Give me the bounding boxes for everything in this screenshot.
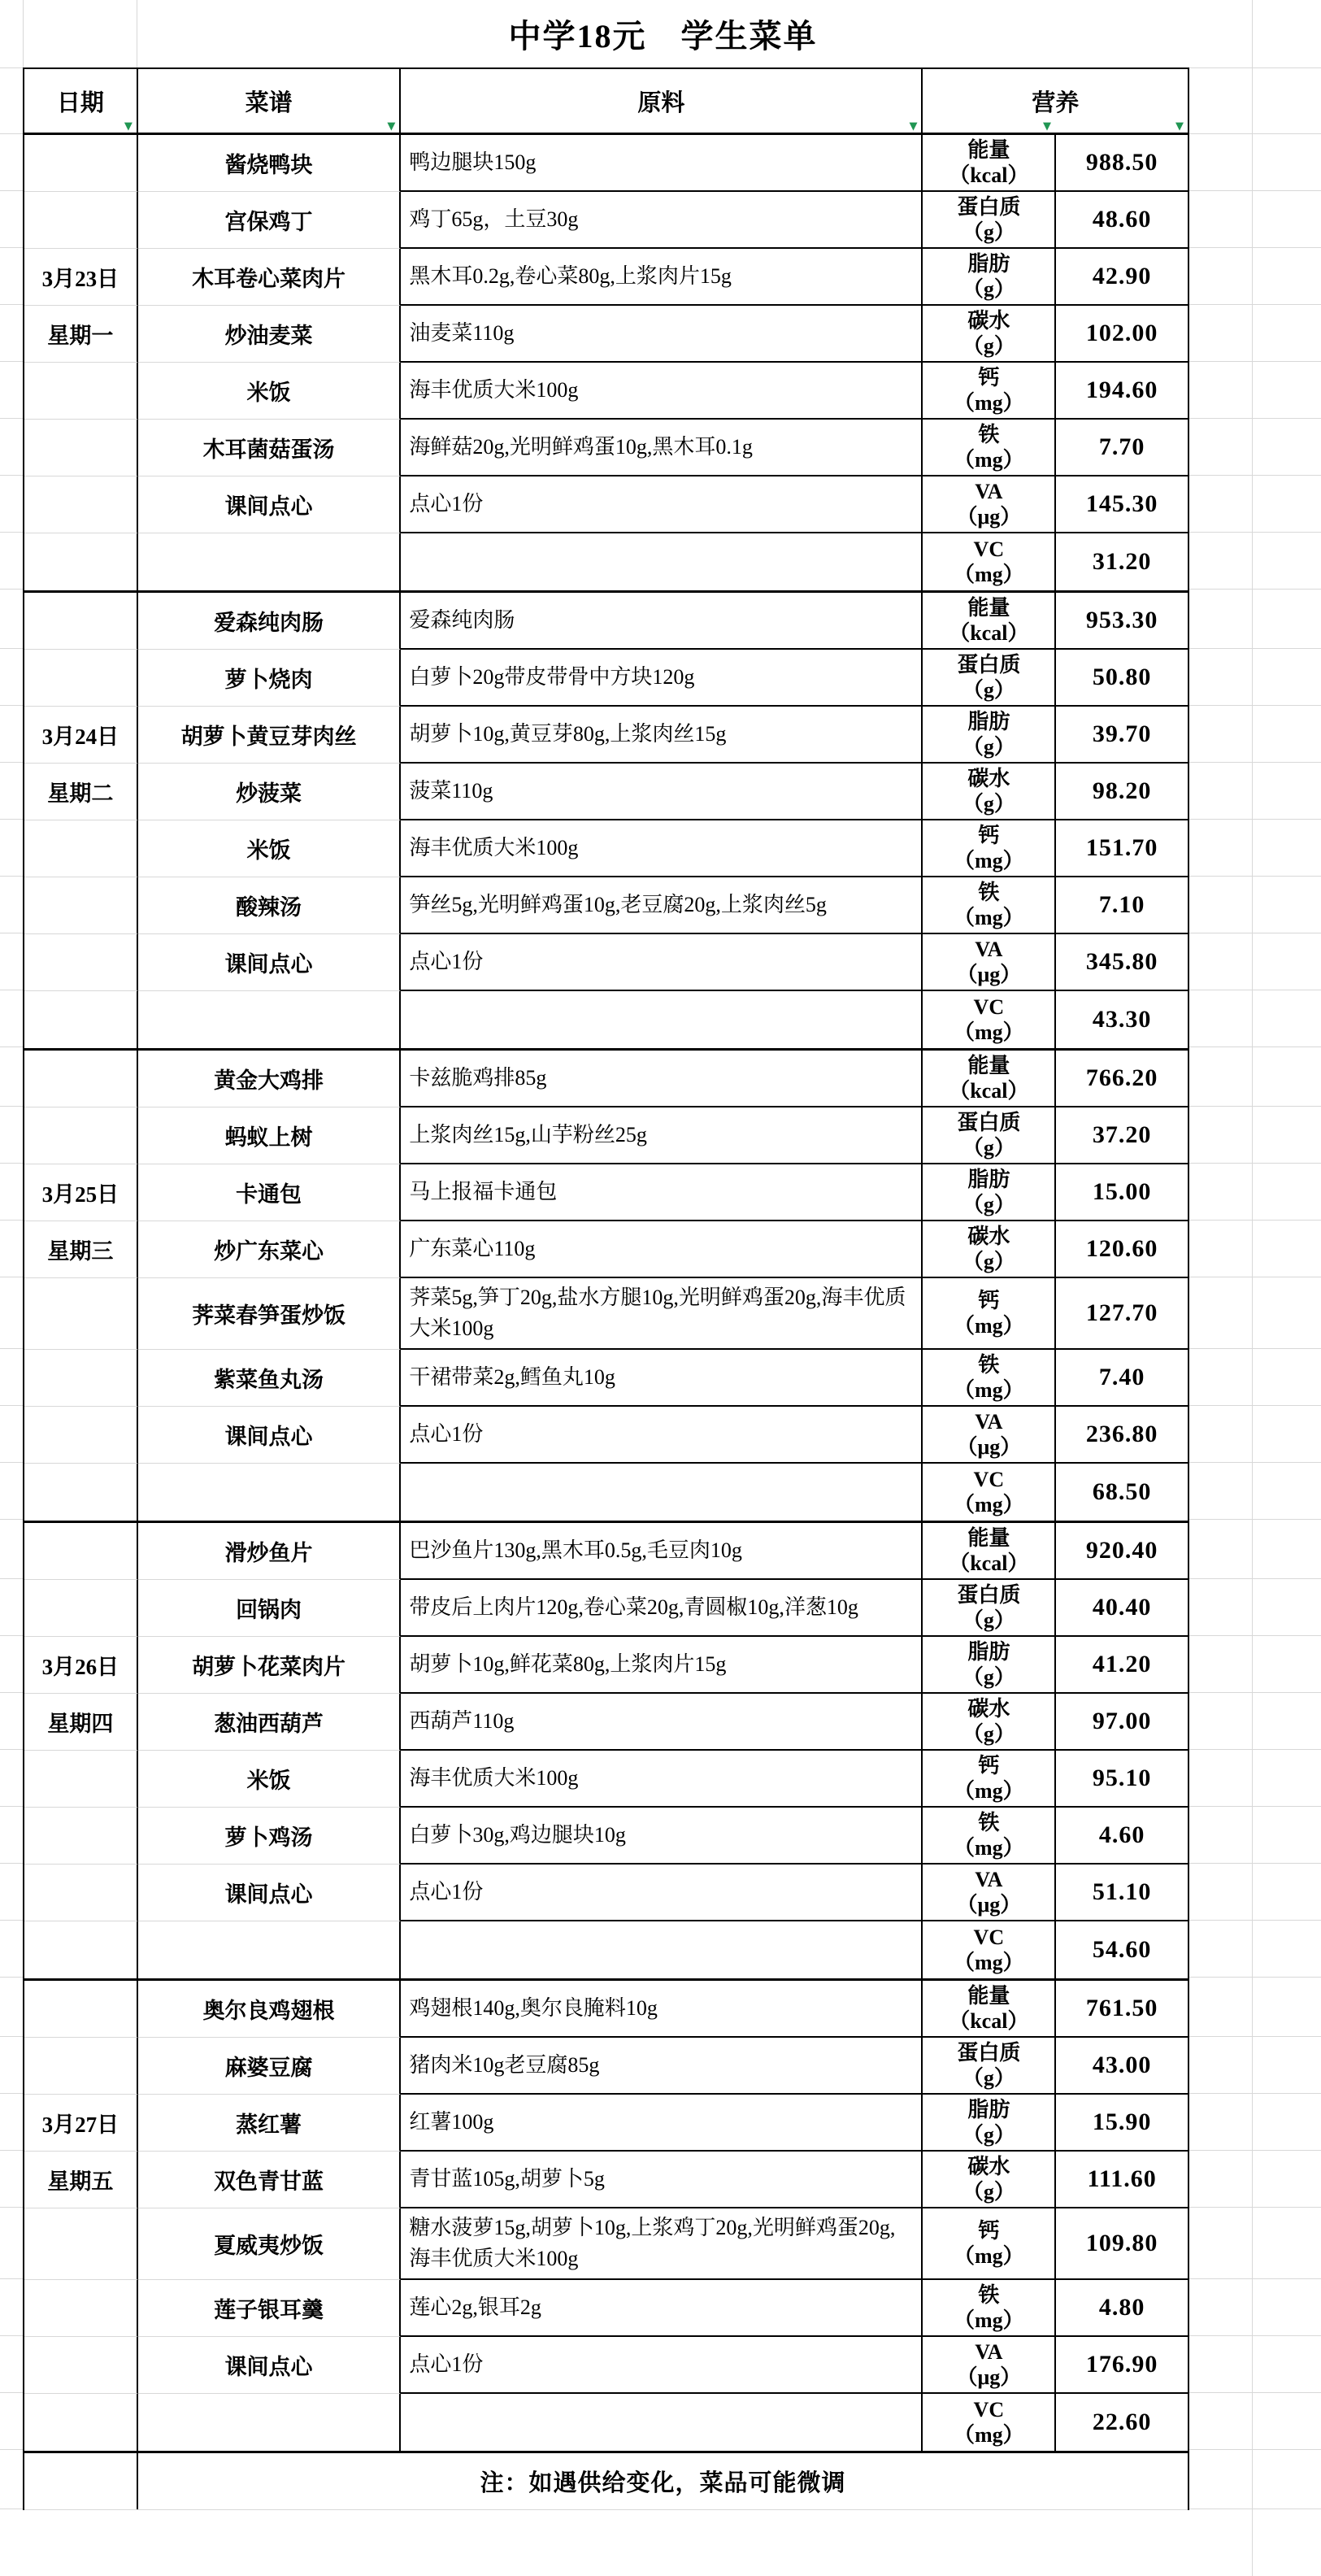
dish-name-cell[interactable]: 奥尔良鸡翅根: [138, 1981, 402, 2038]
date-cell[interactable]: 3月24日: [24, 707, 138, 764]
nutrient-value-cell[interactable]: 95.10: [1056, 1751, 1188, 1808]
header-cell-date[interactable]: 日期 ▼: [24, 69, 138, 133]
sheet-gridline: [1189, 1519, 1321, 1520]
nutrient-value-cell[interactable]: 953.30: [1056, 593, 1188, 650]
date-cell[interactable]: [24, 1350, 138, 1407]
table-row: VC （mg）54.60: [24, 1921, 1188, 1978]
ingredients-cell[interactable]: 巴沙鱼片130g,黑木耳0.5g,毛豆肉10g: [401, 1523, 923, 1580]
date-cell[interactable]: 星期三: [24, 1221, 138, 1278]
nutrient-label-cell[interactable]: 钙 （mg）: [923, 820, 1056, 877]
nutrient-label-cell[interactable]: 碳水 （g）: [923, 1694, 1056, 1751]
dish-name-cell[interactable]: 课间点心: [138, 2337, 402, 2394]
ingredients-cell[interactable]: 青甘蓝105g,胡萝卜5g: [401, 2152, 923, 2208]
table-row: 酱烧鸭块鸭边腿块150g能量 （kcal）988.50: [24, 135, 1188, 192]
nutrient-value-cell[interactable]: 7.40: [1056, 1350, 1188, 1407]
dish-name-cell[interactable]: 课间点心: [138, 476, 402, 533]
sheet-gridline: [0, 876, 23, 877]
date-cell[interactable]: [24, 650, 138, 707]
nutrient-label-cell[interactable]: VC （mg）: [923, 2394, 1056, 2451]
nutrient-label-cell[interactable]: 能量 （kcal）: [923, 1981, 1056, 2038]
table-row: 3月26日胡萝卜花菜肉片胡萝卜10g,鲜花菜80g,上浆肉片15g脂肪 （g）4…: [24, 1637, 1188, 1694]
sheet-gridline: [1189, 2449, 1321, 2450]
nutrient-value-cell[interactable]: 68.50: [1056, 1464, 1188, 1521]
nutrient-label-cell[interactable]: 蛋白质 （g）: [923, 1107, 1056, 1164]
date-cell[interactable]: [24, 420, 138, 476]
nutrient-label-cell[interactable]: VA （μg）: [923, 1407, 1056, 1464]
sheet-gridline: [1189, 1348, 1321, 1349]
dish-name-cell[interactable]: 紫菜鱼丸汤: [138, 1350, 402, 1407]
ingredients-cell[interactable]: 点心1份: [401, 1407, 923, 1464]
nutrient-value-cell[interactable]: 345.80: [1056, 934, 1188, 991]
date-cell[interactable]: [24, 1407, 138, 1464]
ingredients-cell[interactable]: 海鲜菇20g,光明鲜鸡蛋10g,黑木耳0.1g: [401, 420, 923, 476]
table-header: 日期 ▼ 菜谱 ▼ 原料 ▼ 营养 ▼ ▼: [24, 69, 1188, 135]
ingredients-cell[interactable]: 点心1份: [401, 2337, 923, 2394]
dish-name-cell[interactable]: 炒广东菜心: [138, 1221, 402, 1278]
sheet-gridline: [1189, 1635, 1321, 1636]
date-cell[interactable]: 3月26日: [24, 1637, 138, 1694]
dish-name-cell[interactable]: 米饭: [138, 363, 402, 420]
sheet-gridline: [0, 819, 23, 820]
sheet-gridline: [1189, 2335, 1321, 2336]
sheet-gridline: [1189, 705, 1321, 706]
ingredients-cell[interactable]: 干裙带菜2g,鳕鱼丸10g: [401, 1350, 923, 1407]
nutrient-label-cell[interactable]: 脂肪 （g）: [923, 249, 1056, 306]
table-row: 3月24日胡萝卜黄豆芽肉丝胡萝卜10g,黄豆芽80g,上浆肉丝15g脂肪 （g）…: [24, 707, 1188, 764]
nutrient-label-cell[interactable]: 脂肪 （g）: [923, 1164, 1056, 1221]
nutrient-label-cell[interactable]: 蛋白质 （g）: [923, 2038, 1056, 2095]
date-cell[interactable]: [24, 2394, 138, 2451]
nutrient-label-cell[interactable]: 钙 （mg）: [923, 1751, 1056, 1808]
date-cell[interactable]: [24, 363, 138, 420]
header-cell-menu[interactable]: 菜谱 ▼: [138, 69, 402, 133]
nutrient-value-cell[interactable]: 98.20: [1056, 764, 1188, 820]
sheet-gridline: [1189, 247, 1321, 248]
dish-name-cell[interactable]: 葱油西葫芦: [138, 1694, 402, 1751]
table-row: 紫菜鱼丸汤干裙带菜2g,鳕鱼丸10g铁 （mg）7.40: [24, 1350, 1188, 1407]
ingredients-cell[interactable]: 点心1份: [401, 934, 923, 991]
sheet-gridline: [0, 2207, 23, 2208]
sheet-gridline: [0, 1519, 23, 1520]
ingredients-cell[interactable]: 糖水菠萝15g,胡萝卜10g,上浆鸡丁20g,光明鲜鸡蛋20g,海丰优质大米10…: [401, 2208, 923, 2280]
nutrient-label-cell[interactable]: VA （μg）: [923, 1865, 1056, 1921]
filter-icon[interactable]: ▼: [909, 121, 917, 132]
sheet-gridline: [1189, 1277, 1321, 1277]
sheet-gridline: [1189, 2509, 1321, 2509]
table-row: 3月23日木耳卷心菜肉片黑木耳0.2g,卷心菜80g,上浆肉片15g脂肪 （g）…: [24, 249, 1188, 306]
ingredients-cell[interactable]: 点心1份: [401, 476, 923, 533]
dish-name-cell[interactable]: 麻婆豆腐: [138, 2038, 402, 2095]
sheet-gridline: [0, 2278, 23, 2279]
table-row: 回锅肉带皮后上肉片120g,卷心菜20g,青圆椒10g,洋葱10g蛋白质 （g）…: [24, 1580, 1188, 1637]
filter-icon[interactable]: ▼: [1175, 121, 1184, 132]
date-cell[interactable]: 星期五: [24, 2152, 138, 2208]
nutrient-label-cell[interactable]: 脂肪 （g）: [923, 1637, 1056, 1694]
ingredients-cell[interactable]: [401, 1464, 923, 1521]
date-cell[interactable]: 3月23日: [24, 249, 138, 306]
date-cell[interactable]: [24, 135, 138, 192]
dish-name-cell[interactable]: 滑炒鱼片: [138, 1523, 402, 1580]
sheet-gridline: [0, 2036, 23, 2037]
date-cell[interactable]: [24, 1051, 138, 1107]
ingredients-cell[interactable]: 海丰优质大米100g: [401, 1751, 923, 1808]
sheet-gridline: [0, 1106, 23, 1107]
sheet-gridline: [0, 1920, 23, 1921]
ingredients-cell[interactable]: 猪肉米10g老豆腐85g: [401, 2038, 923, 2095]
spreadsheet-page: { "title": "中学18元 学生菜单", "note": "注：如遇供给…: [0, 0, 1321, 2576]
filter-icon[interactable]: ▼: [1043, 121, 1051, 132]
day-block: 爱森纯肉肠爱森纯肉肠能量 （kcal）953.30萝卜烧肉白萝卜20g带皮带骨中…: [24, 593, 1188, 1051]
nutrient-value-cell[interactable]: 4.80: [1056, 2280, 1188, 2337]
dish-name-cell[interactable]: 宫保鸡丁: [138, 192, 402, 249]
nutrient-label-cell[interactable]: 铁 （mg）: [923, 2280, 1056, 2337]
nutrient-label-cell[interactable]: VC （mg）: [923, 533, 1056, 590]
nutrient-value-cell[interactable]: 4.60: [1056, 1808, 1188, 1865]
table-row: 奥尔良鸡翅根鸡翅根140g,奥尔良腌料10g能量 （kcal）761.50: [24, 1981, 1188, 2038]
sheet-gridline: [1189, 2150, 1321, 2151]
ingredients-cell[interactable]: [401, 533, 923, 590]
nutrient-value-cell[interactable]: 988.50: [1056, 135, 1188, 192]
nutrient-label-cell[interactable]: 铁 （mg）: [923, 1350, 1056, 1407]
ingredients-cell[interactable]: 马上报福卡通包: [401, 1164, 923, 1221]
date-cell[interactable]: 星期一: [24, 306, 138, 363]
nutrient-value-cell[interactable]: 194.60: [1056, 363, 1188, 420]
date-cell[interactable]: [24, 2280, 138, 2337]
ingredients-cell[interactable]: [401, 1921, 923, 1978]
nutrient-label-cell[interactable]: 脂肪 （g）: [923, 2095, 1056, 2152]
page-title: 中学18元 学生菜单: [137, 0, 1189, 67]
header-cell-ingredients[interactable]: 原料 ▼: [401, 69, 923, 133]
ingredients-cell[interactable]: 红薯100g: [401, 2095, 923, 2152]
nutrient-label-cell[interactable]: VC （mg）: [923, 1921, 1056, 1978]
nutrient-value-cell[interactable]: 54.60: [1056, 1921, 1188, 1978]
nutrient-value-cell[interactable]: 236.80: [1056, 1407, 1188, 1464]
ingredients-cell[interactable]: 黑木耳0.2g,卷心菜80g,上浆肉片15g: [401, 249, 923, 306]
table-row: 课间点心点心1份VA （μg）236.80: [24, 1407, 1188, 1464]
nutrient-label-cell[interactable]: 钙 （mg）: [923, 2208, 1056, 2280]
nutrient-value-cell[interactable]: 127.70: [1056, 1278, 1188, 1350]
date-cell[interactable]: [24, 2038, 138, 2095]
ingredients-cell[interactable]: 胡萝卜10g,黄豆芽80g,上浆肉丝15g: [401, 707, 923, 764]
nutrient-value-cell[interactable]: 761.50: [1056, 1981, 1188, 2038]
sheet-gridline: [0, 933, 23, 933]
sheet-gridline: [0, 475, 23, 476]
sheet-gridline: [0, 2093, 23, 2094]
ingredients-cell[interactable]: 点心1份: [401, 1865, 923, 1921]
nutrient-value-cell[interactable]: 7.10: [1056, 877, 1188, 934]
nutrient-value-cell[interactable]: 151.70: [1056, 820, 1188, 877]
dish-name-cell[interactable]: 黄金大鸡排: [138, 1051, 402, 1107]
sheet-gridline: [0, 705, 23, 706]
ingredients-cell[interactable]: 油麦菜110g: [401, 306, 923, 363]
sheet-gridline: [0, 1277, 23, 1277]
nutrient-value-cell[interactable]: 145.30: [1056, 476, 1188, 533]
sheet-gridline: [0, 589, 23, 590]
dish-name-cell[interactable]: 课间点心: [138, 1865, 402, 1921]
sheet-gridline: [0, 2335, 23, 2336]
nutrient-label-cell[interactable]: VC （mg）: [923, 1464, 1056, 1521]
ingredients-cell[interactable]: 上浆肉丝15g,山芋粉丝25g: [401, 1107, 923, 1164]
nutrient-label-cell[interactable]: 钙 （mg）: [923, 1278, 1056, 1350]
dish-name-cell[interactable]: 萝卜鸡汤: [138, 1808, 402, 1865]
sheet-gridline: [0, 418, 23, 419]
sheet-gridline: [1189, 475, 1321, 476]
nutrient-label-cell[interactable]: VC （mg）: [923, 991, 1056, 1048]
date-cell[interactable]: [24, 1278, 138, 1350]
ingredients-cell[interactable]: [401, 991, 923, 1048]
nutrient-label-cell[interactable]: 碳水 （g）: [923, 2152, 1056, 2208]
dish-name-cell[interactable]: 胡萝卜黄豆芽肉丝: [138, 707, 402, 764]
dish-name-cell[interactable]: [138, 2394, 402, 2451]
sheet-gridline: [0, 1046, 23, 1047]
dish-name-cell[interactable]: 夏威夷炒饭: [138, 2208, 402, 2280]
table-row: 课间点心点心1份VA （μg）145.30: [24, 476, 1188, 533]
date-cell[interactable]: [24, 1865, 138, 1921]
ingredients-cell[interactable]: 爱森纯肉肠: [401, 593, 923, 650]
dish-name-cell[interactable]: 萝卜烧肉: [138, 650, 402, 707]
table-row: 夏威夷炒饭糖水菠萝15g,胡萝卜10g,上浆鸡丁20g,光明鲜鸡蛋20g,海丰优…: [24, 2208, 1188, 2280]
table-row: 滑炒鱼片巴沙鱼片130g,黑木耳0.5g,毛豆肉10g能量 （kcal）920.…: [24, 1523, 1188, 1580]
table-row: 爱森纯肉肠爱森纯肉肠能量 （kcal）953.30: [24, 593, 1188, 650]
dish-name-cell[interactable]: 莲子银耳羹: [138, 2280, 402, 2337]
dish-name-cell[interactable]: 蒸红薯: [138, 2095, 402, 2152]
nutrient-value-cell[interactable]: 120.60: [1056, 1221, 1188, 1278]
nutrient-value-cell[interactable]: 102.00: [1056, 306, 1188, 363]
dish-name-cell[interactable]: 蚂蚁上树: [138, 1107, 402, 1164]
day-block: 黄金大鸡排卡兹脆鸡排85g能量 （kcal）766.20蚂蚁上树上浆肉丝15g,…: [24, 1051, 1188, 1523]
sheet-gridline: [1189, 1863, 1321, 1864]
table-row: 星期五双色青甘蓝青甘蓝105g,胡萝卜5g碳水 （g）111.60: [24, 2152, 1188, 2208]
date-cell[interactable]: [24, 1580, 138, 1637]
ingredients-cell[interactable]: 西葫芦110g: [401, 1694, 923, 1751]
ingredients-cell[interactable]: 白萝卜20g带皮带骨中方块120g: [401, 650, 923, 707]
sheet-gridline: [1189, 2392, 1321, 2393]
nutrient-value-cell[interactable]: 920.40: [1056, 1523, 1188, 1580]
nutrient-value-cell[interactable]: 176.90: [1056, 2337, 1188, 2394]
sheet-gridline: [1189, 648, 1321, 649]
ingredients-cell[interactable]: 莲心2g,银耳2g: [401, 2280, 923, 2337]
dish-name-cell[interactable]: 课间点心: [138, 1407, 402, 1464]
nutrient-value-cell[interactable]: 766.20: [1056, 1051, 1188, 1107]
dish-name-cell[interactable]: 爱森纯肉肠: [138, 593, 402, 650]
date-cell[interactable]: 3月25日: [24, 1164, 138, 1221]
table-row: 星期一炒油麦菜油麦菜110g碳水 （g）102.00: [24, 306, 1188, 363]
sheet-gridline: [1189, 1106, 1321, 1107]
ingredients-cell[interactable]: 白萝卜30g,鸡边腿块10g: [401, 1808, 923, 1865]
sheet-gridline: [1189, 2207, 1321, 2208]
date-cell[interactable]: [24, 476, 138, 533]
date-cell[interactable]: 3月27日: [24, 2095, 138, 2152]
table-row: 莲子银耳羹莲心2g,银耳2g铁 （mg）4.80: [24, 2280, 1188, 2337]
date-cell[interactable]: [24, 1464, 138, 1521]
date-cell[interactable]: [24, 877, 138, 934]
date-cell[interactable]: [24, 2337, 138, 2394]
date-cell[interactable]: [24, 2208, 138, 2280]
sheet-gridline: [0, 190, 23, 191]
header-cell-nutrition[interactable]: 营养 ▼ ▼: [923, 69, 1188, 133]
date-cell[interactable]: [24, 1981, 138, 2038]
table-row: 3月27日蒸红薯红薯100g脂肪 （g）15.90: [24, 2095, 1188, 2152]
nutrient-label-cell[interactable]: 碳水 （g）: [923, 764, 1056, 820]
nutrient-label-cell[interactable]: VA （μg）: [923, 2337, 1056, 2394]
dish-name-cell[interactable]: 米饭: [138, 1751, 402, 1808]
ingredients-cell[interactable]: 鸡丁65g，土豆30g: [401, 192, 923, 249]
table-row: 课间点心点心1份VA （μg）51.10: [24, 1865, 1188, 1921]
dish-name-cell[interactable]: 米饭: [138, 820, 402, 877]
nutrient-label-cell[interactable]: 碳水 （g）: [923, 306, 1056, 363]
nutrient-label-cell[interactable]: 脂肪 （g）: [923, 707, 1056, 764]
dish-name-cell[interactable]: 炒菠菜: [138, 764, 402, 820]
nutrient-label-cell[interactable]: 铁 （mg）: [923, 420, 1056, 476]
nutrient-value-cell[interactable]: 22.60: [1056, 2394, 1188, 2451]
sheet-gridline: [0, 1405, 23, 1406]
date-cell[interactable]: [24, 820, 138, 877]
sheet-gridline: [0, 2449, 23, 2450]
dish-name-cell[interactable]: [138, 991, 402, 1048]
date-cell[interactable]: [24, 533, 138, 590]
sheet-gridline: [1189, 933, 1321, 933]
day-block: 滑炒鱼片巴沙鱼片130g,黑木耳0.5g,毛豆肉10g能量 （kcal）920.…: [24, 1523, 1188, 1981]
date-cell[interactable]: [24, 593, 138, 650]
header-nutrition-label: 营养: [1032, 85, 1079, 118]
ingredients-cell[interactable]: 海丰优质大米100g: [401, 363, 923, 420]
sheet-gridline: [0, 67, 23, 68]
nutrient-value-cell[interactable]: 48.60: [1056, 192, 1188, 249]
nutrient-label-cell[interactable]: 蛋白质 （g）: [923, 192, 1056, 249]
sheet-gridline: [1189, 589, 1321, 590]
sheet-gridline: [0, 1635, 23, 1636]
note-empty-cell[interactable]: [24, 2453, 138, 2509]
nutrient-value-cell[interactable]: 15.90: [1056, 2095, 1188, 2152]
sheet-gridline: [1189, 361, 1321, 362]
sheet-gridline: [1189, 1920, 1321, 1921]
dish-name-cell[interactable]: 回锅肉: [138, 1580, 402, 1637]
dish-name-cell[interactable]: [138, 1921, 402, 1978]
dish-name-cell[interactable]: 双色青甘蓝: [138, 2152, 402, 2208]
date-cell[interactable]: [24, 1808, 138, 1865]
dish-name-cell[interactable]: 课间点心: [138, 934, 402, 991]
ingredients-cell[interactable]: 卡兹脆鸡排85g: [401, 1051, 923, 1107]
date-cell[interactable]: [24, 1523, 138, 1580]
date-cell[interactable]: 星期二: [24, 764, 138, 820]
nutrient-value-cell[interactable]: 50.80: [1056, 650, 1188, 707]
nutrient-label-cell[interactable]: 能量 （kcal）: [923, 135, 1056, 192]
table-row: 酸辣汤笋丝5g,光明鲜鸡蛋10g,老豆腐20g,上浆肉丝5g铁 （mg）7.10: [24, 877, 1188, 934]
nutrient-label-cell[interactable]: 能量 （kcal）: [923, 1051, 1056, 1107]
dish-name-cell[interactable]: 木耳菌菇蛋汤: [138, 420, 402, 476]
nutrient-value-cell[interactable]: 109.80: [1056, 2208, 1188, 2280]
table-row: VC （mg）43.30: [24, 991, 1188, 1048]
sheet-gridline: [0, 1863, 23, 1864]
nutrient-label-cell[interactable]: 钙 （mg）: [923, 363, 1056, 420]
nutrient-label-cell[interactable]: 铁 （mg）: [923, 877, 1056, 934]
nutrient-label-cell[interactable]: 蛋白质 （g）: [923, 1580, 1056, 1637]
ingredients-cell[interactable]: 笋丝5g,光明鲜鸡蛋10g,老豆腐20g,上浆肉丝5g: [401, 877, 923, 934]
nutrient-label-cell[interactable]: VA （μg）: [923, 934, 1056, 991]
dish-name-cell[interactable]: 卡通包: [138, 1164, 402, 1221]
ingredients-cell[interactable]: 带皮后上肉片120g,卷心菜20g,青圆椒10g,洋葱10g: [401, 1580, 923, 1637]
nutrient-label-cell[interactable]: VA （μg）: [923, 476, 1056, 533]
dish-name-cell[interactable]: 荠菜春笋蛋炒饭: [138, 1278, 402, 1350]
nutrient-label-cell[interactable]: 蛋白质 （g）: [923, 650, 1056, 707]
date-cell[interactable]: [24, 1751, 138, 1808]
nutrient-value-cell[interactable]: 37.20: [1056, 1107, 1188, 1164]
nutrient-value-cell[interactable]: 97.00: [1056, 1694, 1188, 1751]
sheet-gridline: [0, 1578, 23, 1579]
sheet-gridline: [0, 1220, 23, 1221]
nutrient-value-cell[interactable]: 40.40: [1056, 1580, 1188, 1637]
nutrient-label-cell[interactable]: 能量 （kcal）: [923, 593, 1056, 650]
nutrient-value-cell[interactable]: 43.00: [1056, 2038, 1188, 2095]
header-menu-label: 菜谱: [246, 85, 293, 118]
nutrient-value-cell[interactable]: 51.10: [1056, 1865, 1188, 1921]
ingredients-cell[interactable]: 菠菜110g: [401, 764, 923, 820]
dish-name-cell[interactable]: 胡萝卜花菜肉片: [138, 1637, 402, 1694]
dish-name-cell[interactable]: 木耳卷心菜肉片: [138, 249, 402, 306]
sheet-gridline: [1189, 1046, 1321, 1047]
dish-name-cell[interactable]: 酱烧鸭块: [138, 135, 402, 192]
nutrient-label-cell[interactable]: 碳水 （g）: [923, 1221, 1056, 1278]
nutrient-value-cell[interactable]: 7.70: [1056, 420, 1188, 476]
day-block: 酱烧鸭块鸭边腿块150g能量 （kcal）988.50宫保鸡丁鸡丁65g，土豆3…: [24, 135, 1188, 593]
ingredients-cell[interactable]: 鸡翅根140g,奥尔良腌料10g: [401, 1981, 923, 2038]
nutrient-value-cell[interactable]: 111.60: [1056, 2152, 1188, 2208]
sheet-gridline: [0, 1348, 23, 1349]
sheet-gridline: [0, 1806, 23, 1807]
nutrient-value-cell[interactable]: 41.20: [1056, 1637, 1188, 1694]
ingredients-cell[interactable]: 荠菜5g,笋丁20g,盐水方腿10g,光明鲜鸡蛋20g,海丰优质大米100g: [401, 1278, 923, 1350]
filter-icon[interactable]: ▼: [124, 121, 133, 132]
sheet-gridline: [1189, 1806, 1321, 1807]
date-cell[interactable]: 星期四: [24, 1694, 138, 1751]
sheet-gridline: [1189, 876, 1321, 877]
sheet-gridline: [1189, 67, 1321, 68]
date-cell[interactable]: [24, 991, 138, 1048]
date-cell[interactable]: [24, 1921, 138, 1978]
date-cell[interactable]: [24, 1107, 138, 1164]
sheet-gridline: [0, 2509, 23, 2509]
nutrient-value-cell[interactable]: 42.90: [1056, 249, 1188, 306]
dish-name-cell[interactable]: [138, 1464, 402, 1521]
ingredients-cell[interactable]: 海丰优质大米100g: [401, 820, 923, 877]
table-row: 米饭海丰优质大米100g钙 （mg）95.10: [24, 1751, 1188, 1808]
nutrient-value-cell[interactable]: 15.00: [1056, 1164, 1188, 1221]
nutrient-value-cell[interactable]: 39.70: [1056, 707, 1188, 764]
nutrient-label-cell[interactable]: 能量 （kcal）: [923, 1523, 1056, 1580]
ingredients-cell[interactable]: 鸭边腿块150g: [401, 135, 923, 192]
dish-name-cell[interactable]: 炒油麦菜: [138, 306, 402, 363]
nutrient-value-cell[interactable]: 43.30: [1056, 991, 1188, 1048]
sheet-gridline: [23, 0, 24, 67]
date-cell[interactable]: [24, 934, 138, 991]
sheet-gridline: [1189, 2093, 1321, 2094]
sheet-gridline: [0, 2150, 23, 2151]
sheet-gridline: [0, 990, 23, 990]
sheet-gridline: [0, 361, 23, 362]
dish-name-cell[interactable]: [138, 533, 402, 590]
header-date-label: 日期: [57, 85, 104, 118]
dish-name-cell[interactable]: 酸辣汤: [138, 877, 402, 934]
header-ingredients-label: 原料: [637, 85, 684, 118]
nutrient-value-cell[interactable]: 31.20: [1056, 533, 1188, 590]
ingredients-cell[interactable]: 胡萝卜10g,鲜花菜80g,上浆肉片15g: [401, 1637, 923, 1694]
table-row: 宫保鸡丁鸡丁65g，土豆30g蛋白质 （g）48.60: [24, 192, 1188, 249]
filter-icon[interactable]: ▼: [387, 121, 395, 132]
nutrient-label-cell[interactable]: 铁 （mg）: [923, 1808, 1056, 1865]
ingredients-cell[interactable]: [401, 2394, 923, 2451]
ingredients-cell[interactable]: 广东菜心110g: [401, 1221, 923, 1278]
date-cell[interactable]: [24, 192, 138, 249]
